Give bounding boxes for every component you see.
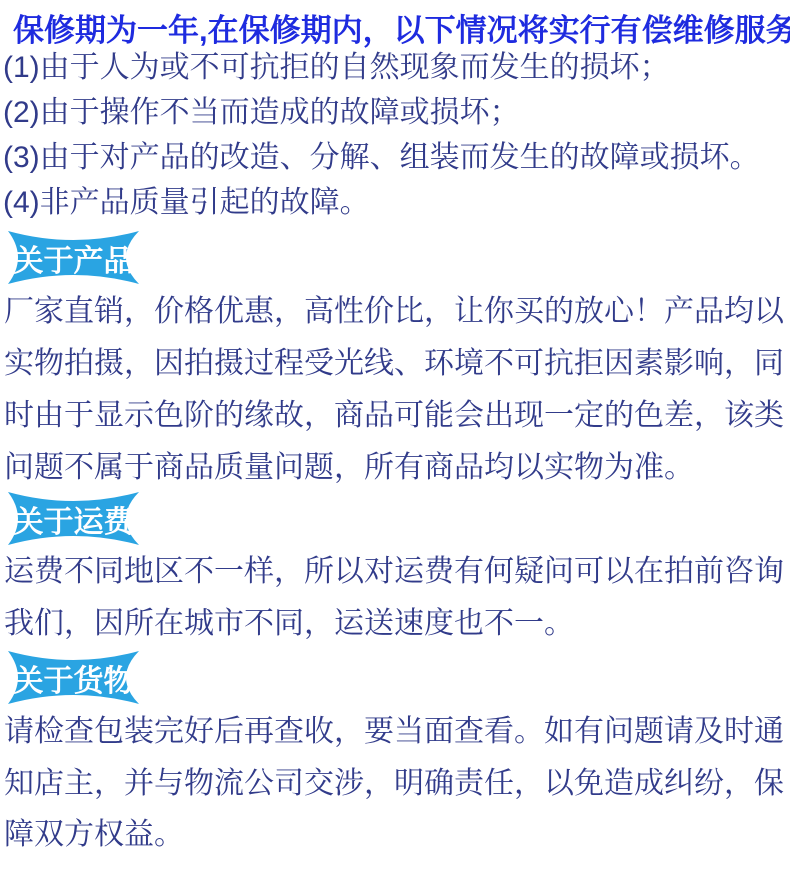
paragraph-goods-line: 知店主，并与物流公司交涉，明确责任，以免造成纠纷，保 xyxy=(4,765,784,803)
paragraph-shipping-line: 我们，因所在城市不同，运送速度也不一。 xyxy=(4,605,574,643)
paragraph-goods-line: 障双方权益。 xyxy=(4,816,184,854)
paragraph-product-line: 实物拍摄，因拍摄过程受光线、环境不可抗拒因素影响，同 xyxy=(4,345,784,383)
section-badge-goods: 关于货物 xyxy=(2,647,145,708)
warranty-item-1: (1)由于人为或不可抗拒的自然现象而发生的损坏； xyxy=(3,50,670,86)
section-badge-shipping: 关于运费 xyxy=(2,488,145,549)
warranty-item-4: (4)非产品质量引起的故障。 xyxy=(3,185,370,221)
warranty-headline: 保修期为一年,在保修期内，以下情况将实行有偿维修服务 xyxy=(13,5,790,50)
warranty-notice-page: 保修期为一年,在保修期内，以下情况将实行有偿维修服务 (1)由于人为或不可抗拒的… xyxy=(0,0,790,869)
paragraph-product-line: 问题不属于商品质量问题，所有商品均以实物为准。 xyxy=(4,449,694,487)
paragraph-goods-line: 请检查包装完好后再查收，要当面查看。如有问题请及时通 xyxy=(4,713,784,751)
paragraph-product-line: 厂家直销，价格优惠，高性价比，让你买的放心！产品均以 xyxy=(4,293,784,331)
badge-label-goods: 关于货物 xyxy=(2,647,145,708)
section-badge-product: 关于产品 xyxy=(2,227,145,288)
warranty-item-3: (3)由于对产品的改造、分解、组装而发生的故障或损坏。 xyxy=(3,140,760,176)
badge-label-shipping: 关于运费 xyxy=(2,488,145,549)
paragraph-shipping-line: 运费不同地区不一样，所以对运费有何疑问可以在拍前咨询 xyxy=(4,553,784,591)
badge-label-product: 关于产品 xyxy=(2,227,145,288)
paragraph-product-line: 时由于显示色阶的缘故，商品可能会出现一定的色差，该类 xyxy=(4,397,784,435)
warranty-item-2: (2)由于操作不当而造成的故障或损坏； xyxy=(3,95,520,131)
